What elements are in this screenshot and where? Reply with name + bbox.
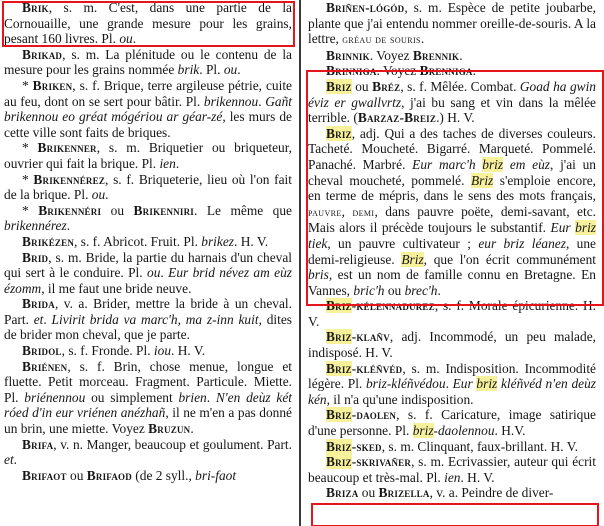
dictionary-entry: Briñen-lógód, s. m. Espèce de petite jou…: [308, 0, 596, 48]
entry-text: brikennérez: [4, 218, 67, 233]
headword: Briz: [326, 298, 352, 313]
headword: Briñen-lógód: [326, 0, 404, 15]
entry-text: , s. f. Abricot. Fruit. Pl.: [74, 234, 201, 249]
entry-text: Eur: [453, 376, 477, 391]
entry-text: , s. f. Fronde. Pl.: [62, 343, 154, 358]
entry-text: Briz: [401, 252, 423, 267]
entry-text: -daolennou: [434, 423, 495, 438]
entry-text: Livirit brida va marc'h, ma z-inn kuit: [52, 312, 259, 327]
entry-text: ou: [352, 79, 372, 94]
entry-text: briz: [413, 423, 434, 438]
dictionary-entry: * Brikennérez, s. f. Briqueterie, lieu o…: [4, 172, 292, 203]
entry-text: , il n'a qu'une indisposition.: [327, 392, 474, 407]
entry-text: *: [22, 172, 33, 187]
entry-text: .: [43, 312, 51, 327]
dictionary-entry: Bridol, s. f. Fronde. Pl. iou. H. V.: [4, 343, 292, 359]
entry-text: *: [22, 203, 38, 218]
entry-text: ou: [224, 62, 237, 77]
entry-text: *: [22, 78, 33, 93]
entry-text: . H. V.: [171, 343, 205, 358]
entry-text: briz: [482, 157, 503, 172]
briza-entry-box: [311, 503, 599, 526]
entry-text: brikez: [201, 234, 234, 249]
dictionary-entry: Briénen, s. f. Brin, chose menue, longue…: [4, 359, 292, 437]
headword: Briz: [326, 126, 352, 141]
entry-text: ien: [159, 156, 175, 171]
dictionary-entry: Brid, s. m. Bride, la partie du harnais …: [4, 250, 292, 297]
entry-text: . H.V.: [495, 423, 526, 438]
headword: Brikennéri: [38, 203, 101, 218]
headword: Brikad: [22, 47, 62, 62]
entry-text: ou: [358, 485, 378, 500]
entry-text: bris: [308, 267, 329, 282]
entry-text: .: [437, 283, 440, 298]
headword: -daolen: [352, 407, 396, 422]
entry-text: brec'h: [405, 283, 438, 298]
headword: -kléñvéd: [352, 361, 403, 376]
entry-text: . H. V.: [234, 234, 268, 249]
headword: Brifaod: [87, 468, 132, 483]
dictionary-entry: * Briken, s. f. Brique, terre argileuse …: [4, 78, 292, 140]
entry-text: .: [133, 31, 136, 46]
headword: Brifaot: [22, 468, 67, 483]
entry-text: demi: [352, 205, 374, 219]
headword: Briken: [33, 78, 73, 93]
headword: -sked: [352, 439, 382, 454]
headword: Brikennérez: [33, 172, 105, 187]
dictionary-entry: * Brikennéri ou Brikenniri. Le même que …: [4, 203, 292, 234]
entry-text: , v. a. Peindre de diver-: [430, 485, 554, 500]
entry-text: .: [459, 48, 462, 63]
left-column: Brik, s. m. C'est, dans une partie de la…: [4, 0, 292, 483]
headword: Brinniga: [326, 63, 377, 78]
entry-text: em eùz: [503, 157, 550, 172]
headword: Brenniga: [420, 63, 473, 78]
entry-text: .: [473, 63, 476, 78]
entry-text: eur briz léanez: [478, 236, 566, 251]
headword: Briz: [326, 454, 352, 469]
entry-text: pauvre: [308, 205, 342, 219]
entry-text: *: [22, 140, 38, 155]
entry-text: bric'h: [353, 283, 384, 298]
dictionary-entry: Brinnik. Voyez Brennik.: [308, 48, 596, 64]
entry-text: , s. m. Clinquant, faux-brillant. H. V.: [382, 439, 578, 454]
entry-text: .: [67, 218, 70, 233]
entry-text: .: [105, 187, 108, 202]
entry-text: . H. V.: [460, 470, 494, 485]
entry-text: brikennou: [204, 94, 258, 109]
entry-text: (de 2 syll.,: [132, 468, 195, 483]
entry-text: briz: [476, 376, 497, 391]
headword: Bruzun: [148, 421, 190, 436]
entry-text: ou simplement: [85, 390, 178, 405]
entry-text: gréau de souris: [342, 32, 421, 46]
headword: -skrivañer: [352, 454, 411, 469]
headword: Brennik: [413, 48, 459, 63]
headword: Brifa: [22, 437, 53, 452]
entry-text: .: [160, 265, 168, 280]
entry-text: .: [207, 390, 216, 405]
dictionary-entry: Brifaot ou Brifaod (de 2 syll., bri-faot: [4, 468, 292, 484]
entry-text: .: [237, 62, 240, 77]
entry-text: briz-kléñvédou: [366, 376, 446, 391]
dictionary-entry: Brida, v. a. Brider, mettre la bride à u…: [4, 296, 292, 343]
dictionary-entry: Briz-klañv, adj. Incommodé, un peu malad…: [308, 329, 596, 360]
entry-text: tiek: [308, 236, 327, 251]
entry-text: briz: [575, 220, 596, 235]
dictionary-entry: * Brikenner, s. m. Briquetier ou briquet…: [4, 140, 292, 171]
headword: Briz: [326, 329, 352, 344]
entry-text: Eur marc'h: [412, 157, 482, 172]
headword: Briz: [326, 407, 352, 422]
entry-text: , v. n. Manger, beaucoup et goulument. P…: [53, 437, 292, 452]
right-column: Briñen-lógód, s. m. Espèce de petite jou…: [308, 0, 596, 501]
dictionary-entry: Briz, adj. Qui a des taches de diverses …: [308, 126, 596, 299]
entry-text: et: [34, 312, 44, 327]
entry-text: Eur: [551, 220, 576, 235]
dictionary-entry: Briz-sked, s. m. Clinquant, faux-brillan…: [308, 439, 596, 455]
headword: Briz: [326, 79, 352, 94]
headword: Briz: [326, 361, 352, 376]
entry-text: et: [4, 452, 14, 467]
headword: Brik: [22, 0, 49, 15]
dictionary-entry: Brinniga. Voyez Brenniga.: [308, 63, 596, 79]
dictionary-entry: Brik, s. m. C'est, dans une partie de la…: [4, 0, 292, 47]
headword: Briénen: [22, 359, 67, 374]
headword: Brikenner: [38, 140, 97, 155]
entry-text: , un pauvre cultivateur ;: [327, 236, 478, 251]
dictionary-entry: Brikad, s. m. La plénitude ou le contenu…: [4, 47, 292, 78]
headword: Barzaz-Breiz: [358, 110, 436, 125]
dictionary-entry: Briz-kélennadurez, s. f. Morale épicurie…: [308, 298, 596, 329]
dictionary-entry: Briz-kléñvéd, s. m. Indisposition. Incom…: [308, 361, 596, 408]
entry-text: brien: [178, 390, 206, 405]
column-separator: [299, 0, 301, 526]
entry-text: , il me faut une bride neuve.: [41, 281, 191, 296]
entry-text: iou: [154, 343, 171, 358]
entry-text: .) H. V.: [436, 110, 475, 125]
entry-text: ou: [92, 187, 105, 202]
entry-text: ou: [385, 283, 405, 298]
entry-text: ou: [101, 203, 133, 218]
entry-text: bri-faot: [195, 468, 236, 483]
entry-text: ou: [119, 31, 132, 46]
headword: Brikenniri: [134, 203, 194, 218]
headword: Briza: [326, 485, 358, 500]
entry-text: .: [446, 376, 453, 391]
entry-text: , est un nom de famille connu en Bretagn…: [308, 267, 596, 298]
headword: Brida: [22, 296, 55, 311]
headword: Brinnik: [326, 48, 370, 63]
dictionary-entry: Brikézen, s. f. Abricot. Fruit. Pl. brik…: [4, 234, 292, 250]
entry-text: .: [176, 156, 179, 171]
entry-text: . Voyez: [370, 48, 413, 63]
dictionary-entry: Briz-skrivañer, s. m. Ecrivassier, auteu…: [308, 454, 596, 485]
headword: Briz: [326, 439, 352, 454]
entry-text: brik: [178, 62, 200, 77]
entry-text: ou: [147, 265, 160, 280]
headword: -klañv: [352, 329, 390, 344]
dictionary-entry: Briz ou Bréz, s. f. Mêlée. Combat. Goad …: [308, 79, 596, 126]
dictionary-entry: Brifa, v. n. Manger, beaucoup et goulume…: [4, 437, 292, 468]
entry-text: , que l'on écrit communément: [424, 252, 596, 267]
entry-text: ,: [342, 204, 353, 219]
entry-text: briénennou: [24, 390, 85, 405]
entry-text: . Voyez: [377, 63, 420, 78]
entry-text: ien: [444, 470, 460, 485]
headword: Brikézen: [22, 234, 74, 249]
headword: Bridol: [22, 343, 62, 358]
entry-text: .: [421, 31, 424, 46]
dictionary-entry: Briz-daolen, s. f. Caricature, image sat…: [308, 407, 596, 438]
entry-text: , s. f. Mêlée. Combat.: [400, 79, 520, 94]
entry-text: . Le même que: [194, 203, 292, 218]
headword: Bréz: [372, 79, 400, 94]
headword: Brizella: [379, 485, 430, 500]
entry-text: . Pl.: [199, 62, 224, 77]
entry-text: .: [190, 421, 193, 436]
headword: -kélennadurez: [352, 298, 435, 313]
headword: Brid: [22, 250, 48, 265]
entry-text: Briz: [471, 173, 493, 188]
entry-text: .: [14, 452, 17, 467]
dictionary-entry: Briza ou Brizella, v. a. Peindre de dive…: [308, 485, 596, 501]
entry-text: ou: [67, 468, 87, 483]
